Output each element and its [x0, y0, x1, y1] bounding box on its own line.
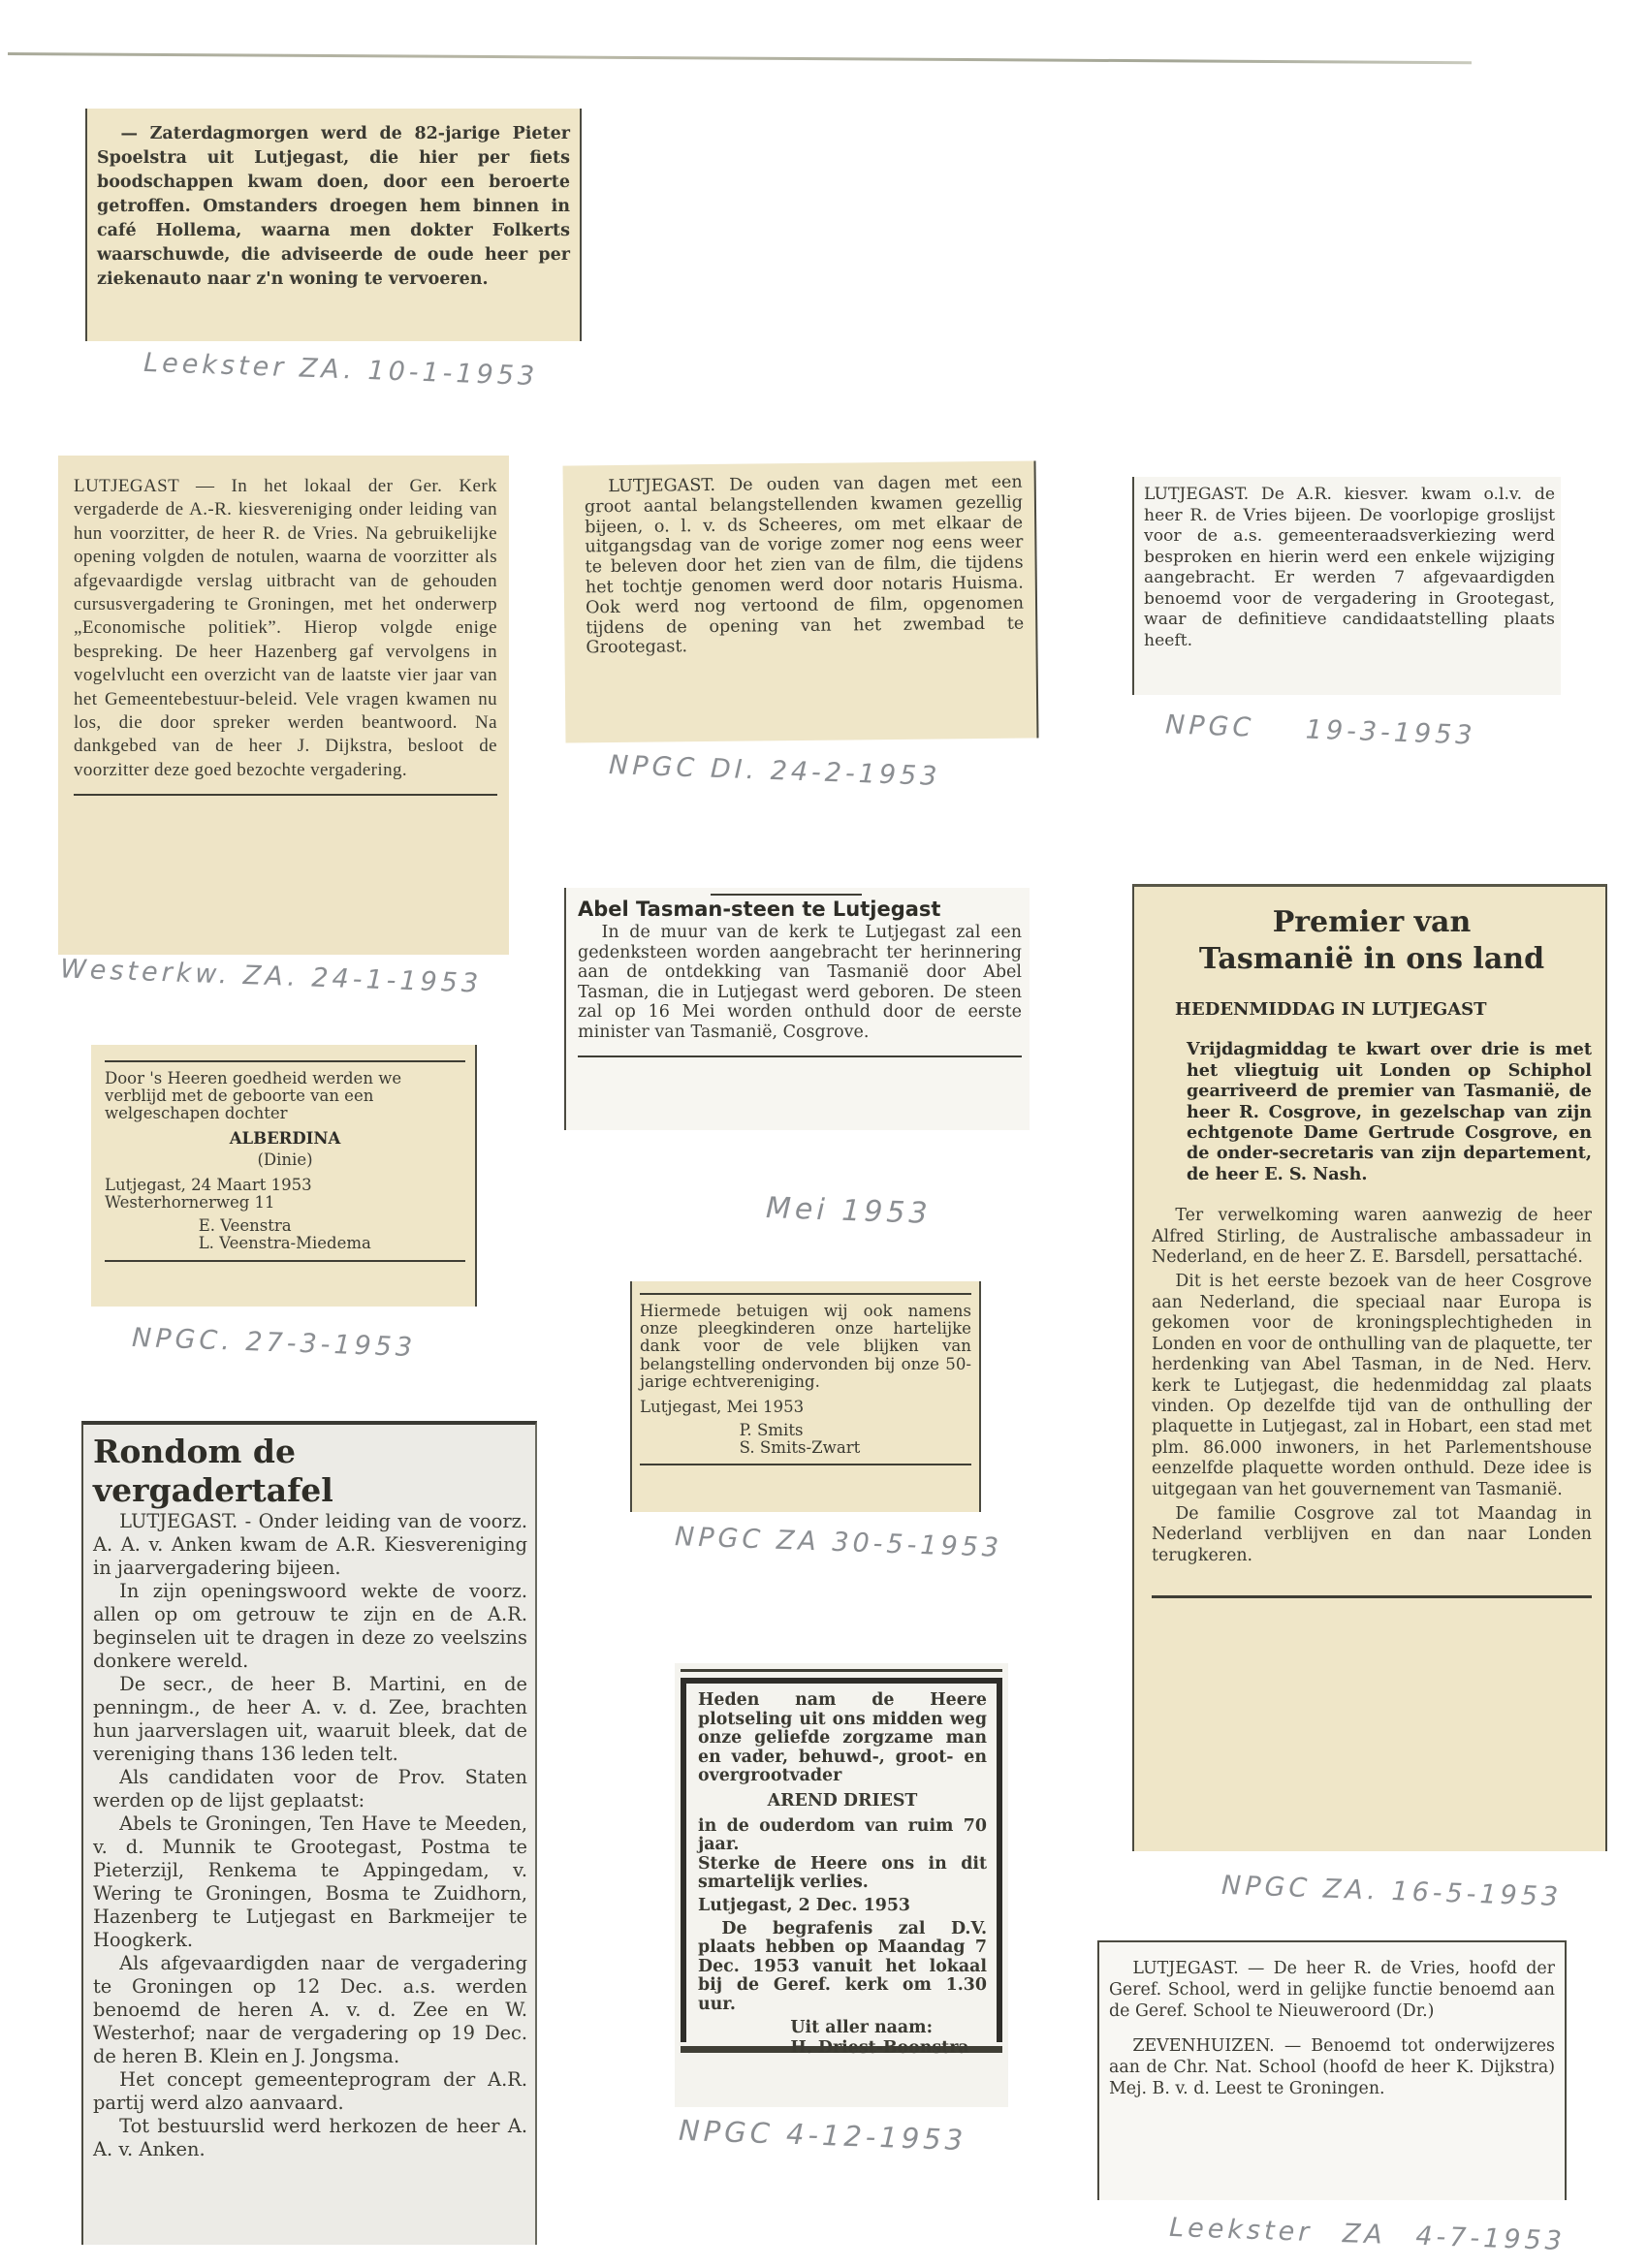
divider [1152, 1595, 1592, 1598]
clipping-headline: Premier van Tasmanië in ons land [1152, 904, 1592, 978]
clipping-paragraph: In zijn openingswoord wekte de voorz. al… [93, 1580, 527, 1673]
handwritten-source-caption: NPGC. 27-3-1953 [132, 1323, 417, 1363]
place-date: Lutjegast, Mei 1953 [640, 1399, 971, 1416]
child-nickname: (Dinie) [105, 1151, 465, 1169]
age: in de ouderdom van ruim 70 jaar. [698, 1817, 987, 1855]
clipping-body: — Zaterdagmorgen werd de 82-jarige Piete… [97, 122, 570, 292]
clipping-geboorte-alberdina: Door 's Heeren goedheid werden we verbli… [91, 1045, 477, 1307]
handwritten-source-caption: Westerkw. ZA. 24-1-1953 [60, 954, 483, 998]
signature: P. Smits [640, 1422, 971, 1439]
clipping-paragraph: Tot bestuurslid werd herkozen de heer A.… [93, 2115, 527, 2161]
clipping-headline: Abel Tasman-steen te Lutjegast [578, 896, 1022, 923]
handwritten-source-caption: NPGC 19-3-1953 [1165, 709, 1476, 750]
place-date: Lutjegast, 24 Maart 1953 [105, 1177, 465, 1194]
divider [105, 1260, 465, 1262]
handwritten-source-caption: NPGC ZA 30-5-1953 [675, 1522, 1003, 1563]
clipping-paragraph: ZEVENHUIZEN. — Benoemd tot onderwijzeres… [1109, 2035, 1555, 2099]
clipping-benoemingen: LUTJEGAST. — De heer R. de Vries, hoofd … [1097, 1940, 1567, 2200]
divider [578, 1055, 1022, 1057]
handwritten-source-caption: NPGC DI. 24-2-1953 [609, 750, 941, 792]
mourning-border: Heden nam de Heere plotseling uit ons mi… [681, 1678, 1002, 2042]
clipping-body: Hiermede betuigen wij ook namens onze pl… [640, 1303, 971, 1391]
place-date: Lutjegast, 2 Dec. 1953 [698, 1897, 987, 1916]
clipping-paragraph: Abels te Groningen, Ten Have te Meeden, … [93, 1812, 527, 1952]
divider [105, 1060, 465, 1062]
closing: Uit aller naam: [698, 2019, 987, 2038]
handwritten-source-caption: Leekster ZA. 10-1-1953 [143, 348, 539, 392]
deceased-name: AREND DRIEST [698, 1792, 987, 1811]
clipping-body: LUTJEGAST. De A.R. kiesver. kwam o.l.v. … [1144, 485, 1555, 651]
clipping-paragraph: De familie Cosgrove zal tot Maandag in N… [1152, 1504, 1592, 1566]
clipping-body: In de muur van de kerk te Lutjegast zal … [578, 923, 1022, 1042]
divider [74, 794, 497, 796]
clipping-overlijden-driest: Heden nam de Heere plotseling uit ons mi… [675, 1663, 1008, 2107]
clipping-body: LUTJEGAST. De ouden van dagen met een gr… [585, 473, 1025, 659]
clipping-lead: Vrijdagmiddag te kwart over drie is met … [1152, 1039, 1592, 1184]
divider [640, 1464, 971, 1465]
child-name: ALBERDINA [105, 1130, 465, 1148]
divider [681, 1669, 1002, 1672]
signature: E. Veenstra [105, 1217, 465, 1235]
clipping-paragraph: De secr., de heer B. Martini, en de penn… [93, 1673, 527, 1766]
clipping-vergadertafel: Rondom de vergadertafel LUTJEGAST. - Ond… [81, 1421, 537, 2245]
clipping-paragraph: LUTJEGAST. - Onder leiding van de voorz.… [93, 1510, 527, 1580]
page-top-rule [8, 52, 1472, 64]
handwritten-source-caption: NPGC 4-12-1953 [678, 2114, 967, 2157]
clipping-paragraph: Als candidaten voor de Prov. Staten werd… [93, 1766, 527, 1812]
clipping-ouden-van-dagen: LUTJEGAST. De ouden van dagen met een gr… [563, 460, 1039, 742]
funeral-details: De begrafenis zal D.V. plaats hebben op … [698, 1920, 987, 2015]
handwritten-source-caption: Mei 1953 [765, 1191, 932, 1231]
clipping-headline: Rondom de vergadertafel [93, 1433, 527, 1510]
clipping-subhead: HEDENMIDDAG IN LUTJEGAST [1152, 999, 1592, 1020]
clipping-paragraph: LUTJEGAST. — De heer R. de Vries, hoofd … [1109, 1958, 1555, 2022]
handwritten-source-caption: NPGC ZA. 16-5-1953 [1221, 1871, 1563, 1912]
clipping-premier-tasmanie: Premier van Tasmanië in ons land HEDENMI… [1132, 884, 1607, 1851]
handwritten-source-caption: Leekster ZA 4-7-1953 [1169, 2213, 1567, 2256]
clipping-paragraph: Ter verwelkoming waren aanwezig de heer … [1152, 1206, 1592, 1268]
clipping-spoelstra: — Zaterdagmorgen werd de 82-jarige Piete… [85, 109, 582, 341]
divider [640, 1293, 971, 1295]
clipping-ar-kiesvereniging: LUTJEGAST — In het lokaal der Ger. Kerk … [58, 456, 509, 955]
clipping-tasman-steen: Abel Tasman-steen te Lutjegast In de muu… [564, 888, 1030, 1130]
signature: L. Veenstra-Miedema [105, 1235, 465, 1252]
clipping-intro: Door 's Heeren goedheid werden we verbli… [105, 1070, 465, 1122]
clipping-dankbetuiging-smits: Hiermede betuigen wij ook namens onze pl… [630, 1281, 981, 1512]
prayer: Sterke de Heere ons in dit smartelijk ve… [698, 1855, 987, 1893]
clipping-paragraph: Het concept gemeenteprogram der A.R. par… [93, 2068, 527, 2115]
address: Westerhornerweg 11 [105, 1194, 465, 1212]
clipping-paragraph: Als afgevaardigden naar de vergadering t… [93, 1952, 527, 2068]
clipping-intro: Heden nam de Heere plotseling uit ons mi… [698, 1691, 987, 1786]
clipping-groslijst: LUTJEGAST. De A.R. kiesver. kwam o.l.v. … [1132, 477, 1561, 695]
clipping-paragraph: Dit is het eerste bezoek van de heer Cos… [1152, 1272, 1592, 1499]
clipping-body: LUTJEGAST — In het lokaal der Ger. Kerk … [74, 475, 497, 782]
signature: S. Smits-Zwart [640, 1439, 971, 1457]
